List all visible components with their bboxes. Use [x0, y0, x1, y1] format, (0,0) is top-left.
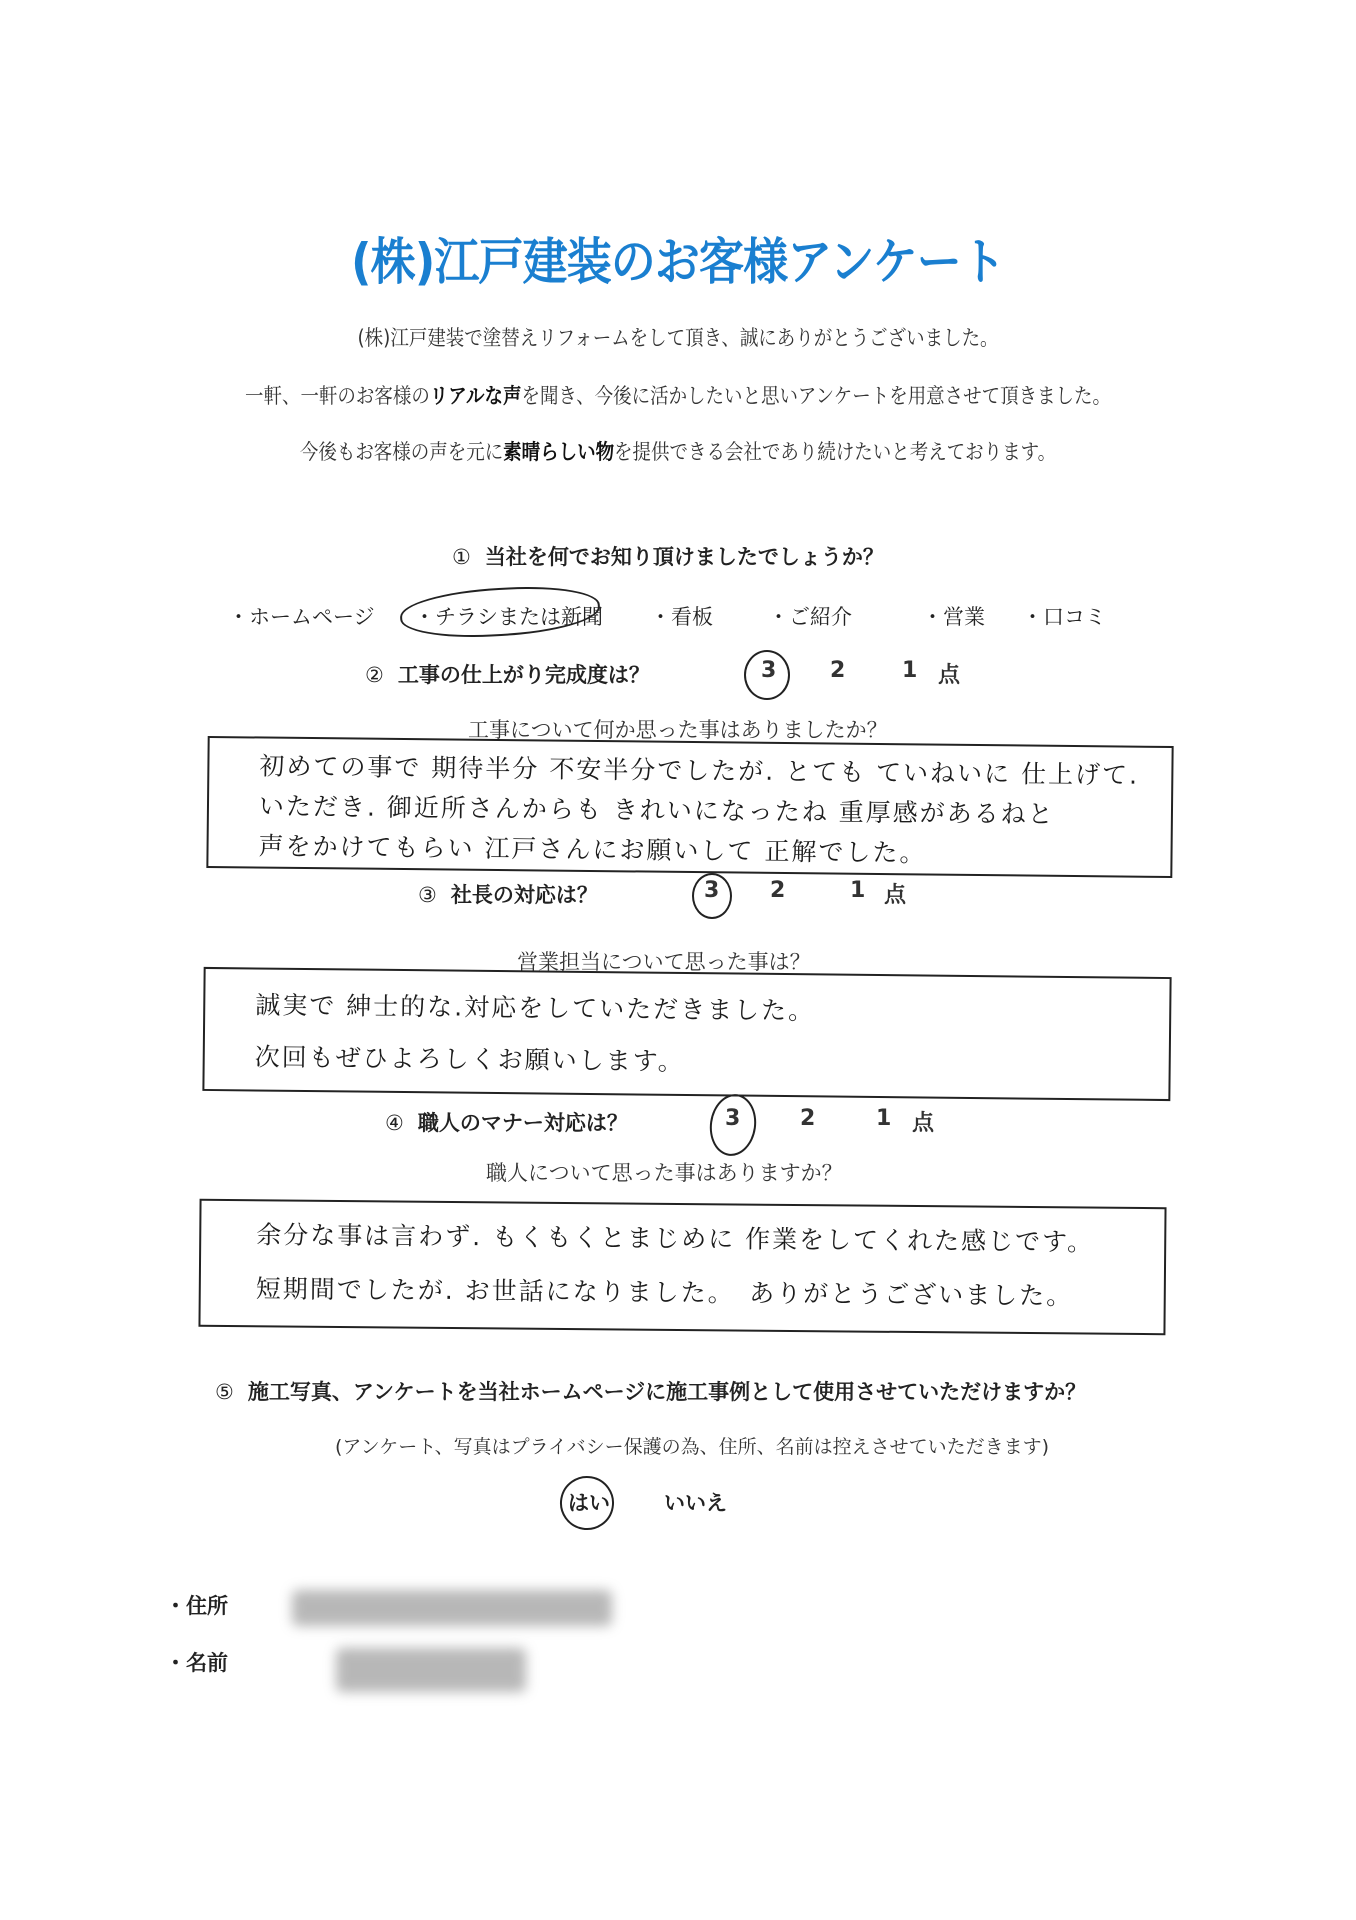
question-number: ③ [418, 883, 437, 907]
option-sales[interactable]: ・営業 [922, 601, 985, 631]
intro-text: を提供できる会社であり続けたいと考えております。 [614, 440, 1056, 464]
score-2[interactable]: 2 [830, 658, 845, 683]
address-label: ・住所 [165, 1590, 228, 1620]
address-redacted [292, 1590, 612, 1626]
comment-prompt: 職人について思った事はありますか？ [486, 1157, 843, 1187]
comment-box-craftsmen[interactable]: 余分な事は言わず. もくもくとまじめに 作業をしてくれた感じです。 短期間でした… [198, 1199, 1166, 1335]
selection-circle [399, 583, 601, 641]
question-number: ② [365, 663, 384, 687]
question-5: ⑤施工写真、アンケートを当社ホームページに施工事例として使用させていただけますか… [215, 1376, 1086, 1406]
score-1[interactable]: 1 [850, 878, 865, 903]
question-4: ④職人のマナー対応は？ [385, 1107, 628, 1137]
intro-line-2: 一軒、一軒のお客様のリアルな声を聞き、今後に活かしたいと思いアンケートを用意させ… [81, 380, 1274, 410]
question-1: ①当社を何でお知り頂けましたでしょうか？ [452, 541, 884, 571]
score-unit: 点 [912, 1106, 934, 1137]
question-2: ②工事の仕上がり完成度は？ [365, 659, 650, 689]
option-word-of-mouth[interactable]: ・口コミ [1022, 601, 1106, 631]
handwritten-line: 余分な事は言わず. もくもくとまじめに 作業をしてくれた感じです。 [256, 1215, 1094, 1258]
name-label: ・名前 [165, 1647, 228, 1677]
selection-circle [744, 650, 790, 700]
intro-text: 一軒、一軒のお客様の [245, 384, 430, 408]
intro-text: 今後もお客様の声を元に [300, 440, 503, 464]
score-unit: 点 [938, 658, 960, 689]
score-unit: 点 [884, 878, 906, 909]
question-label: 当社を何でお知り頂けましたでしょうか？ [485, 545, 884, 569]
handwritten-line: 初めての事で 期待半分 不安半分でしたが. とても ていねいに 仕上げて. [259, 746, 1139, 791]
score-2[interactable]: 2 [770, 878, 785, 903]
selection-circle [556, 1472, 619, 1535]
score-1[interactable]: 1 [876, 1106, 891, 1131]
intro-emphasis: リアルな声 [430, 384, 522, 408]
handwritten-line: いただき. 御近所さんからも きれいになったね 重厚感があるねと [259, 786, 1055, 830]
handwritten-line: 声をかけてもらい 江戸さんにお願いして 正解でした。 [258, 826, 926, 869]
question-number: ① [452, 545, 471, 569]
selection-circle [706, 1091, 760, 1159]
question-label: 社長の対応は？ [451, 883, 598, 907]
option-signboard[interactable]: ・看板 [650, 601, 713, 631]
intro-line-1: (株)江戸建装で塗替えリフォームをして頂き、誠にありがとうございました。 [81, 322, 1274, 352]
survey-title: (株)江戸建装のお客様アンケート [68, 222, 1288, 294]
option-referral[interactable]: ・ご紹介 [768, 601, 852, 631]
score-2[interactable]: 2 [800, 1106, 815, 1131]
question-label: 職人のマナー対応は？ [418, 1111, 628, 1135]
score-1[interactable]: 1 [902, 658, 917, 683]
handwritten-line: 誠実で 紳士的な.対応をしていただきました。 [255, 985, 815, 1027]
question-label: 工事の仕上がり完成度は？ [398, 663, 650, 687]
intro-text: を聞き、今後に活かしたいと思いアンケートを用意させて頂きました。 [521, 384, 1111, 408]
answer-no[interactable]: いいえ [664, 1487, 727, 1517]
question-number: ④ [385, 1111, 404, 1135]
selection-circle [692, 873, 732, 919]
privacy-note: (アンケート、写真はプライバシー保護の為、住所、名前は控えさせていただきます) [335, 1432, 1049, 1459]
intro-line-3: 今後もお客様の声を元に素晴らしい物を提供できる会社であり続けたいと考えております… [81, 436, 1274, 466]
name-redacted [336, 1648, 526, 1692]
question-label: 施工写真、アンケートを当社ホームページに施工事例として使用させていただけますか？ [248, 1380, 1086, 1404]
handwritten-line: 次回もぜひよろしくお願いします。 [255, 1037, 685, 1078]
intro-emphasis: 素晴らしい物 [503, 440, 614, 464]
question-number: ⑤ [215, 1380, 234, 1404]
handwritten-line: 短期間でしたが. お世話になりました。 ありがとうございました。 [256, 1269, 1074, 1312]
option-homepage[interactable]: ・ホームページ [228, 601, 375, 631]
comment-box-sales[interactable]: 誠実で 紳士的な.対応をしていただきました。 次回もぜひよろしくお願いします。 [202, 967, 1171, 1101]
question-3: ③社長の対応は？ [418, 879, 598, 909]
comment-box-construction[interactable]: 初めての事で 期待半分 不安半分でしたが. とても ていねいに 仕上げて. いた… [206, 736, 1173, 878]
